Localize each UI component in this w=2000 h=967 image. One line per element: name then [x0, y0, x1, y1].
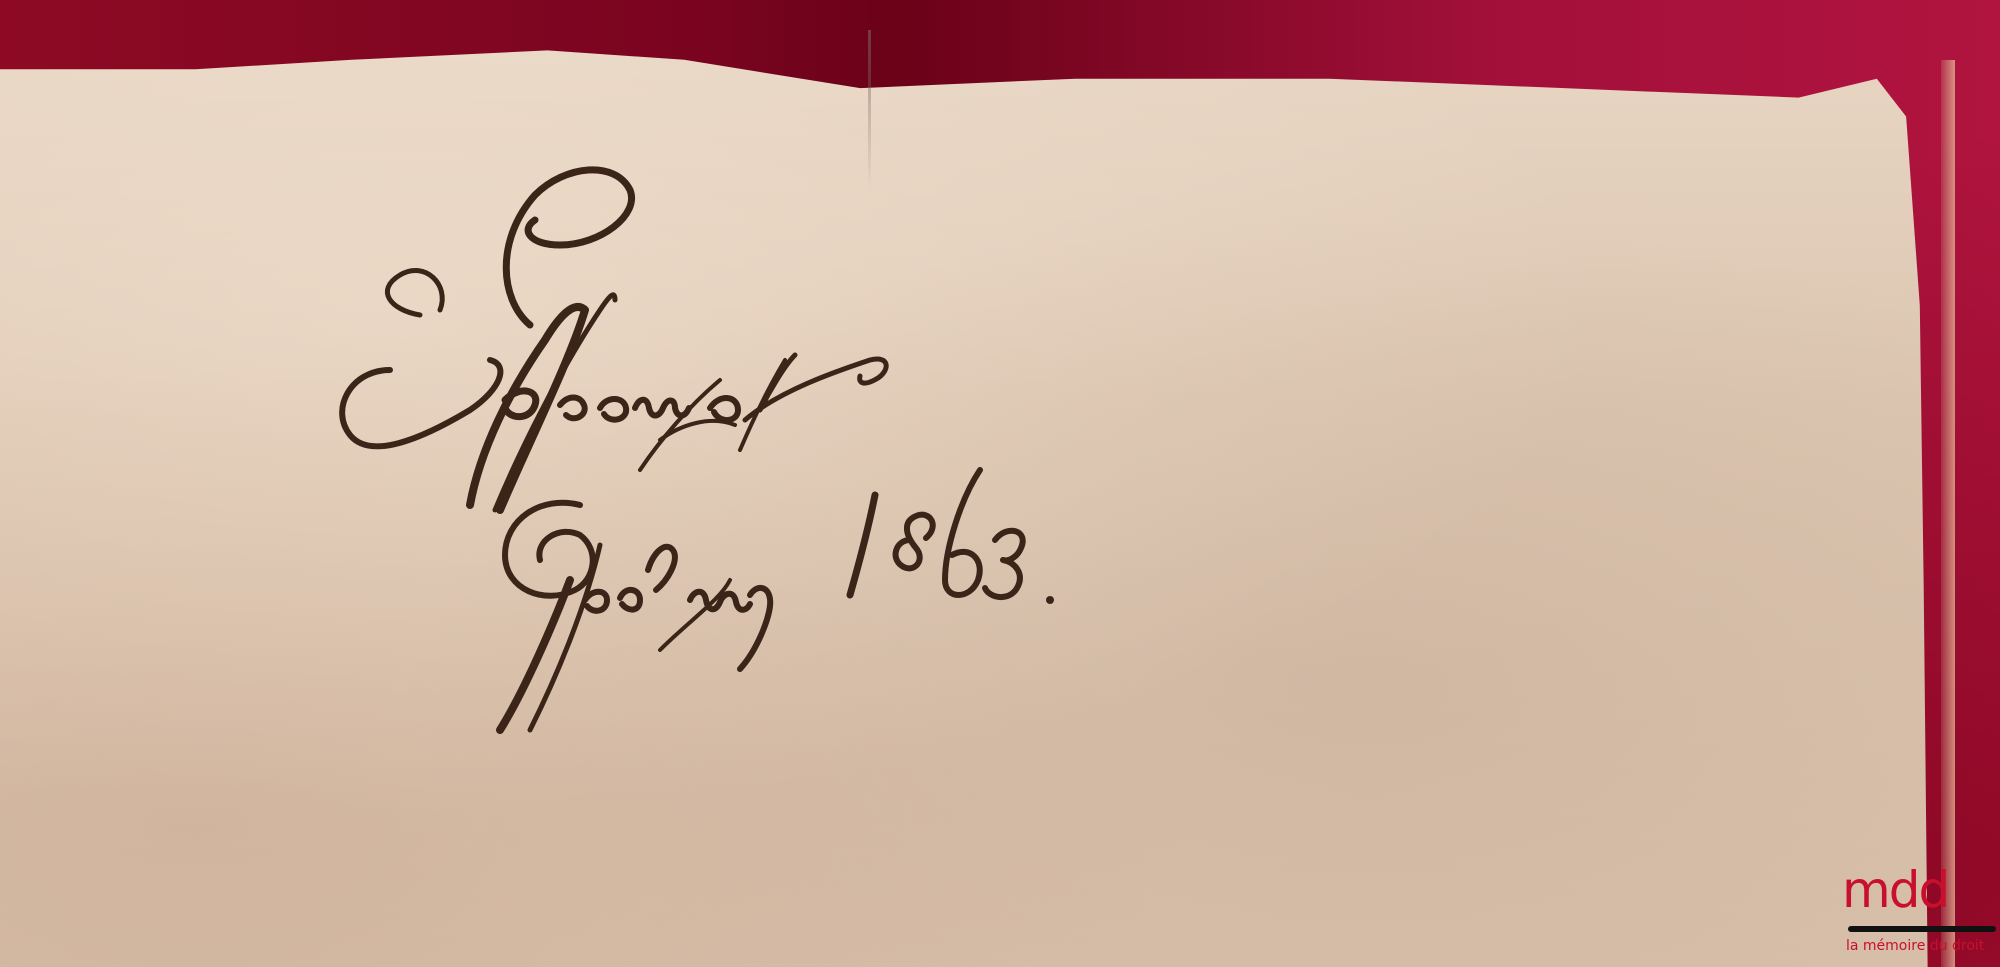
logo-text: mdd	[1842, 861, 1948, 919]
mdd-logo: mdd la mémoire du droit	[1840, 860, 2000, 967]
logo-wordmark: mdd	[1842, 862, 1948, 918]
signature-strokes	[330, 150, 1430, 750]
logo-underline	[1848, 926, 1996, 932]
paper-edge	[1941, 60, 1955, 967]
logo-tagline: la mémoire du droit	[1846, 938, 1984, 954]
period-dot	[1046, 596, 1054, 604]
handwritten-inscription: Ф. Воронцовъ Гатчина 1863.	[330, 150, 1430, 750]
